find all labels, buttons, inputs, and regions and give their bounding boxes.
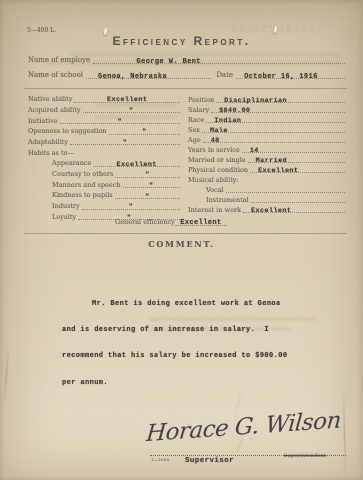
field-label: Years in service [188,147,242,154]
dotted-leader: Excellent [93,158,180,167]
signer-title-typed: Supervisor [185,457,234,465]
field-value: " [129,108,133,115]
dotted-leader: " [115,190,180,199]
field-value: Excellent [180,220,221,227]
dotted-leader [251,194,345,203]
date-label: Date [211,72,236,79]
form-field-row: Age 48 [188,133,345,143]
field-label: Salary [188,107,211,114]
field-label: Courtesy to others [52,171,115,178]
handwritten-signature: Horace G. Wilson [145,407,357,448]
form-number: 5—400 L. [27,27,56,34]
field-label: Openness to suggestion [28,128,109,135]
field-value: " [142,129,146,136]
struck-printed-title: Superintendent [284,453,326,459]
form-field-row: Position Disciplinarian [188,93,345,103]
comment-heading: COMMENT. [0,239,363,249]
employee-name-value: George W. Bent [136,59,200,66]
form-field-row: Adaptability " [28,135,180,146]
field-value: Excellent [107,97,147,104]
field-label: Instrumental [206,197,251,204]
form-field-row: Initiative " [28,113,180,124]
spacer [241,175,345,183]
dotted-leader: " [83,104,181,113]
dotted-leader: Excellent [74,94,180,103]
dotted-leader: " [70,136,180,145]
field-value: " [145,194,149,201]
school-name-label: Name of school [28,72,86,79]
field-label: Vocal [206,187,226,194]
dotted-leader: 48 [203,134,345,143]
field-value: " [123,140,127,147]
form-field-row: Married or single Married [188,153,345,163]
print-run-code: 1—2000 [151,457,170,462]
form-field-row: Instrumental [188,193,345,203]
dotted-leader [226,184,345,193]
dotted-leader: Genoa, Nebraska [86,70,211,79]
general-efficiency-row: General efficiency Excellent [115,215,227,226]
field-label: Native ability [28,96,74,103]
school-name-value: Genoa, Nebraska [98,74,167,81]
employee-name-row: Name of employe George W. Bent [28,55,345,64]
dotted-leader: " [109,126,180,135]
form-field-row: Appearance Excellent [28,156,180,167]
dotted-leader: " [115,169,180,178]
field-label: General efficiency [115,218,175,226]
field-label: Position [188,97,216,104]
school-and-date-row: Name of school Genoa, Nebraska Date Octo… [28,70,345,79]
section-label: Habits as to— [28,150,76,157]
form-field-row: Manners and speech " [28,178,180,189]
form-field-row: Courtesy to others " [28,167,180,178]
form-field-row: Kindness to pupils " [28,188,180,199]
form-field-row: Openness to suggestion " [28,124,180,135]
dotted-leader: 14 [242,144,345,153]
field-label: Appearance [52,160,93,167]
dotted-leader: Married [248,154,345,163]
details-column-right: Position Disciplinarian Salary $840.00 R… [188,93,345,213]
dotted-leader: $840.00 [211,104,345,113]
field-label: Sex [188,127,202,134]
field-value: Excellent [117,162,157,169]
form-field-row: Vocal [188,183,345,193]
field-label: Industry [52,203,82,210]
field-value: Excellent [258,168,298,175]
dotted-leader: George W. Bent [93,55,345,64]
spacer [76,148,180,156]
dotted-leader: Indian [206,114,345,123]
form-field-row: Native ability Excellent [28,92,180,103]
field-label: Physical condition [188,167,250,174]
form-field-row: Sex Male [188,123,345,133]
field-label: Loyalty [52,214,78,221]
form-field-row: Industry " [28,199,180,210]
dotted-leader: Excellent [175,217,227,226]
field-label: Initiative [28,118,60,125]
dotted-leader: " [60,115,180,124]
form-section-row: Musical ability: [188,173,345,183]
staple-hole [274,26,278,33]
dotted-leader: Excellent [250,164,345,173]
form-section-row: Habits as to— [28,145,180,156]
comment-line: and is deserving of an increase in salar… [62,326,318,335]
dotted-leader: Male [202,124,345,133]
section-label: Musical ability: [188,177,241,184]
date-value: October 16, 1916 [244,74,318,81]
field-label: Interest in work [188,207,243,214]
comment-text: Mr. Bent is doing excellent work at Geno… [62,282,318,405]
comment-line: Mr. Bent is doing excellent work at Geno… [62,300,318,309]
form-field-row: Acquired ability " [28,103,180,114]
field-value: " [149,183,153,190]
field-label: Manners and speech [52,182,123,189]
field-value: " [129,204,133,211]
dotted-leader: Disciplinarian [216,94,345,103]
field-label: Married or single [188,157,248,164]
field-value: " [145,172,149,179]
comment-line: recommend that his salary be increased t… [62,352,318,361]
dotted-leader: Excellent [243,204,345,213]
employee-name-label: Name of employe [28,57,93,64]
dotted-leader: " [123,179,180,188]
ratings-column-left: Native ability Excellent Acquired abilit… [28,92,180,220]
screenshot: INSTRUCTIONS 5—400 L. Efficiency Report.… [0,0,363,480]
form-field-row: Interest in work Excellent [188,203,345,213]
form-field-row: Salary $840.00 [188,103,345,113]
field-value: 48 [211,138,220,145]
field-label: Acquired ability [28,107,83,114]
comment-line: per annum. [62,379,318,388]
horizontal-rule [24,88,347,89]
field-label: Adaptability [28,139,70,146]
efficiency-report-document: INSTRUCTIONS 5—400 L. Efficiency Report.… [0,0,363,480]
field-value: " [118,119,122,126]
field-label: Race [188,117,206,124]
paper-crease [4,345,9,405]
dotted-leader: October 16, 1916 [236,70,345,79]
field-label: Kindness to pupils [52,192,115,199]
field-value: Excellent [251,208,291,215]
dotted-leader: " [82,201,180,210]
horizontal-rule [24,233,347,234]
document-title: Efficiency Report. [0,34,363,48]
field-label: Age [188,137,203,144]
form-field-row: Physical condition Excellent [188,163,345,173]
form-field-row: Race Indian [188,113,345,123]
